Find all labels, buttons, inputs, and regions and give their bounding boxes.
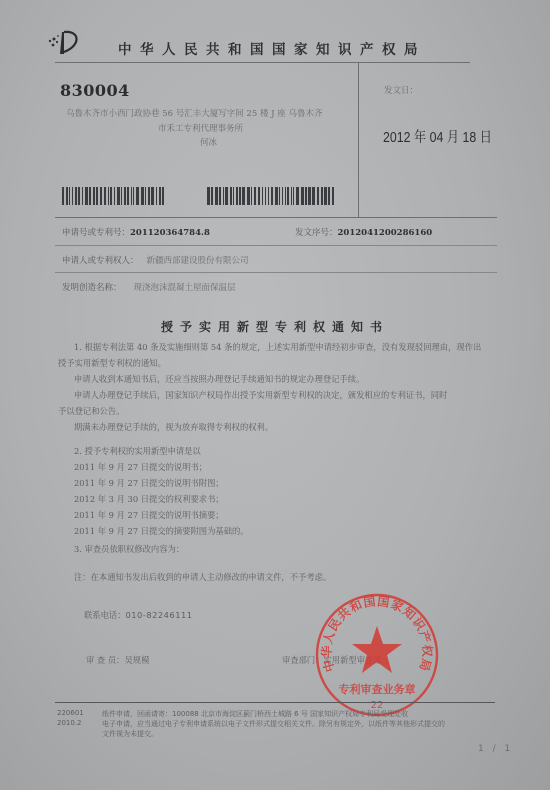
invention-label: 发明创造名称： xyxy=(62,283,122,293)
recipient-name: 何冰 xyxy=(200,136,217,148)
serial-number: 2012041200286160 xyxy=(338,228,433,238)
section-2-item: 2011 年 9 月 27 日提交的说明书摘要； xyxy=(74,507,224,523)
issue-date: 2012 年 04 月 18 日 xyxy=(383,126,492,147)
recipient-postcode: 830004 xyxy=(60,81,130,100)
paragraph-3-line1: 申请人办理登记手续后，国家知识产权局作出授予实用新型专利权的决定，颁发相应的专利… xyxy=(74,387,447,403)
application-number: 201120364784.8 xyxy=(130,228,210,238)
examiner-row: 审 查 员：吴规模 xyxy=(86,652,149,668)
examiner-label: 审 查 员： xyxy=(86,655,124,665)
official-seal-stamp: 中华人民共和国国家知识产权局 专利审查业务章 22 xyxy=(312,590,442,720)
paragraph-1-line2: 授予实用新型专利权的通知。 xyxy=(58,355,166,371)
serial-number-row: 发文序号：2012041200286160 xyxy=(295,226,432,238)
barcode-left xyxy=(62,187,166,205)
section-2-item: 2011 年 9 月 27 日提交的摘要附图为基础的。 xyxy=(74,523,249,539)
footer-line-3: 文件视为未提交。 xyxy=(102,729,158,739)
serial-number-label: 发文序号： xyxy=(295,228,338,238)
invention-row: 发明创造名称：现浇泡沫混凝土屋面保温层 xyxy=(62,281,236,293)
recipient-address-line1: 乌鲁木齐市小西门政协巷 56 号汇丰大厦写字间 25 楼 J 座 乌鲁木齐 xyxy=(66,107,322,119)
application-number-row: 申请号或专利号：201120364784.8 xyxy=(62,226,210,238)
recipient-address-line2: 市禾工专利代理事务所 xyxy=(158,122,243,134)
seal-inner-text: 专利审查业务章 xyxy=(339,682,416,696)
issue-date-label: 发文日： xyxy=(384,84,418,96)
footer-line-1: 纸件申请，回函请寄：100088 北京市海淀区蓟门桥西土城路 6 号 国家知识产… xyxy=(102,709,408,719)
section-2-item: 2011 年 9 月 27 日提交的说明书； xyxy=(74,459,207,475)
paragraph-4: 期满未办理登记手续的，视为放弃取得专利权的权利。 xyxy=(74,419,273,435)
paragraph-2: 申请人收到本通知书后，还应当按照办理登记手续通知书的规定办理登记手续。 xyxy=(74,371,364,387)
invention-name: 现浇泡沫混凝土屋面保温层 xyxy=(134,283,236,293)
document-page: 中华人民共和国国家知识产权局 830004 乌鲁木齐市小西门政协巷 56 号汇丰… xyxy=(0,0,550,790)
agency-name: 中华人民共和国国家知识产权局 xyxy=(118,38,426,58)
paragraph-3-line2: 予以登记和公告。 xyxy=(58,403,124,419)
contact-phone-row: 联系电话：010-82246111 xyxy=(84,607,193,623)
applicant-row: 申请人或专利权人：新疆西部建设股份有限公司 xyxy=(62,254,249,266)
paragraph-1-line1: 1. 根据专利法第 40 条及实施细则第 54 条的规定，上述实用新型申请经初步… xyxy=(74,339,481,355)
form-code-2: 2010.2 xyxy=(57,719,82,727)
form-code-1: 220601 xyxy=(57,709,84,717)
section-3-heading: 3. 审查员依职权修改内容为： xyxy=(74,541,184,557)
cnipa-logo-icon xyxy=(44,26,84,58)
contact-phone: 010-82246111 xyxy=(126,610,193,620)
examiner-name: 吴规模 xyxy=(124,655,149,665)
applicant-name: 新疆西部建设股份有限公司 xyxy=(147,256,249,266)
application-number-label: 申请号或专利号： xyxy=(62,228,130,238)
contact-phone-label: 联系电话： xyxy=(84,610,126,620)
section-2-heading: 2. 授予专利权的实用新型申请是以 xyxy=(74,443,201,459)
applicant-label: 申请人或专利权人： xyxy=(62,256,139,266)
page-number: 1 / 1 xyxy=(478,744,513,754)
section-2-item: 2012 年 3 月 30 日提交的权利要求书； xyxy=(74,491,224,507)
star-icon xyxy=(352,626,402,673)
footer-line-2: 电子申请，应当通过电子专利申请系统以电子文件形式提交相关文件。除另有规定外，以纸… xyxy=(102,719,445,729)
section-2-item: 2011 年 9 月 27 日提交的说明书附图； xyxy=(74,475,224,491)
note: 注：在本通知书发出后收到的申请人主动修改的申请文件，不予考虑。 xyxy=(74,569,331,585)
notice-title: 授予实用新型专利权通知书 xyxy=(0,318,550,335)
barcode-right xyxy=(207,187,335,205)
